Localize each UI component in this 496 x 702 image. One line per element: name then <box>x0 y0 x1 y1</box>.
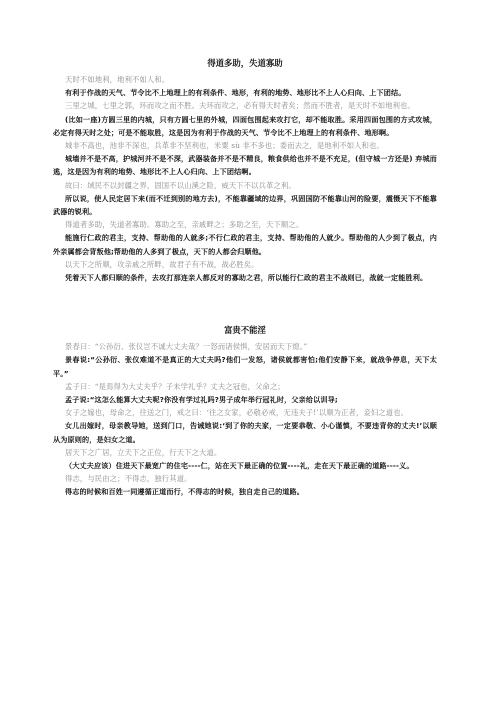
original-text: 以天下之所顺，攻亲戚之所畔，故君子有不战，战必胜矣。 <box>53 258 437 271</box>
section-title: 富贵不能淫 <box>53 324 437 336</box>
original-text: 三里之城，七里之郭，环而攻之而不胜。夫环而攻之，必有得天时者矣；然而不胜者，是天… <box>53 99 437 112</box>
translation-text: 有利于作战的天气、节令比不上地理上的有利条件、地形，有利的地势、地形比不上人心归… <box>53 86 437 99</box>
translation-text: 得志的时候和百姓一同遵循正道而行，不得志的时候，独自走自己的道路。 <box>53 485 437 498</box>
original-text: 得志，与民由之；不得志，独行其道。 <box>53 472 437 485</box>
translation-text: 城墙并不是不高，护城河并不是不深，武器装备并不是不精良，粮食供给也并不是不充足，… <box>53 152 437 178</box>
original-text: 天时不如地利，地利不如人和。 <box>53 73 437 86</box>
original-text: 故曰：域民不以封疆之界，固国不以山溪之险，威天下不以兵革之利。 <box>53 179 437 192</box>
original-text: 得道者多助，失道者寡助。寡助之至，亲戚畔之；多助之至，天下顺之。 <box>53 218 437 231</box>
translation-text: 景春说:“公孙衍、张仪难道不是真正的大丈夫吗?他们一发怒，诸侯就都害怕;他们安静… <box>53 353 437 379</box>
translation-text: 所以说，使人民定居下来(而不迁到别的地方去)，不能靠疆域的边界，巩固国防不能靠山… <box>53 192 437 218</box>
section-spacer <box>53 284 437 324</box>
original-text: 居天下之广居，立天下之正位，行天下之大道。 <box>53 446 437 459</box>
document-page: 得道多助，失道寡助 天时不如地利，地利不如人和。 有利于作战的天气、节令比不上地… <box>53 57 437 499</box>
original-text: 景春曰：“公孙衍、张仪岂不诚大丈夫哉？一怒而诸侯惧，安居而天下熄。” <box>53 340 437 353</box>
translation-text: 孟子说:“这怎么能算大丈夫呢?你没有学过礼吗?男子成年举行冠礼时，父亲给以训导; <box>53 393 437 406</box>
translation-text: 能施行仁政的君主，支持、帮助他的人就多;不行仁政的君主，支持、帮助他的人就少。帮… <box>53 231 437 257</box>
section-fu-gui-bu-neng-yin: 富贵不能淫 景春曰：“公孙衍、张仪岂不诚大丈夫哉？一怒而诸侯惧，安居而天下熄。”… <box>53 324 437 498</box>
original-text: 孟子曰：“是焉得为大丈夫乎？子未学礼乎？丈夫之冠也，父命之； <box>53 380 437 393</box>
original-text: 城非不高也，池非不深也，兵革非不坚利也，米粟 sù 非不多也；委而去之，是地利不… <box>53 139 437 152</box>
translation-text: (比如一座)方圆三里的内城，只有方圆七里的外城，四面包围起来攻打它，却不能取胜。… <box>53 113 437 139</box>
section-title: 得道多助，失道寡助 <box>53 57 437 69</box>
translation-text: 凭着天下人都归顺的条件，去攻打那连亲人都反对的寡助之君，所以能行仁政的君主不战则… <box>53 271 437 284</box>
translation-text: （大丈夫应该）住进天下最宽广的住宅----仁，站在天下最正确的位置----礼，走… <box>53 459 437 472</box>
translation-text: 女儿出嫁时，母亲教导她，送到门口，告诫她说:‘到了你的夫家，一定要恭敬、小心谨慎… <box>53 419 437 445</box>
section-de-dao-duo-zhu: 得道多助，失道寡助 天时不如地利，地利不如人和。 有利于作战的天气、节令比不上地… <box>53 57 437 284</box>
original-text: 女子之嫁也，母命之，往送之门，戒之曰：‘往之女家，必敬必戒，无违夫子!’以顺为正… <box>53 406 437 419</box>
